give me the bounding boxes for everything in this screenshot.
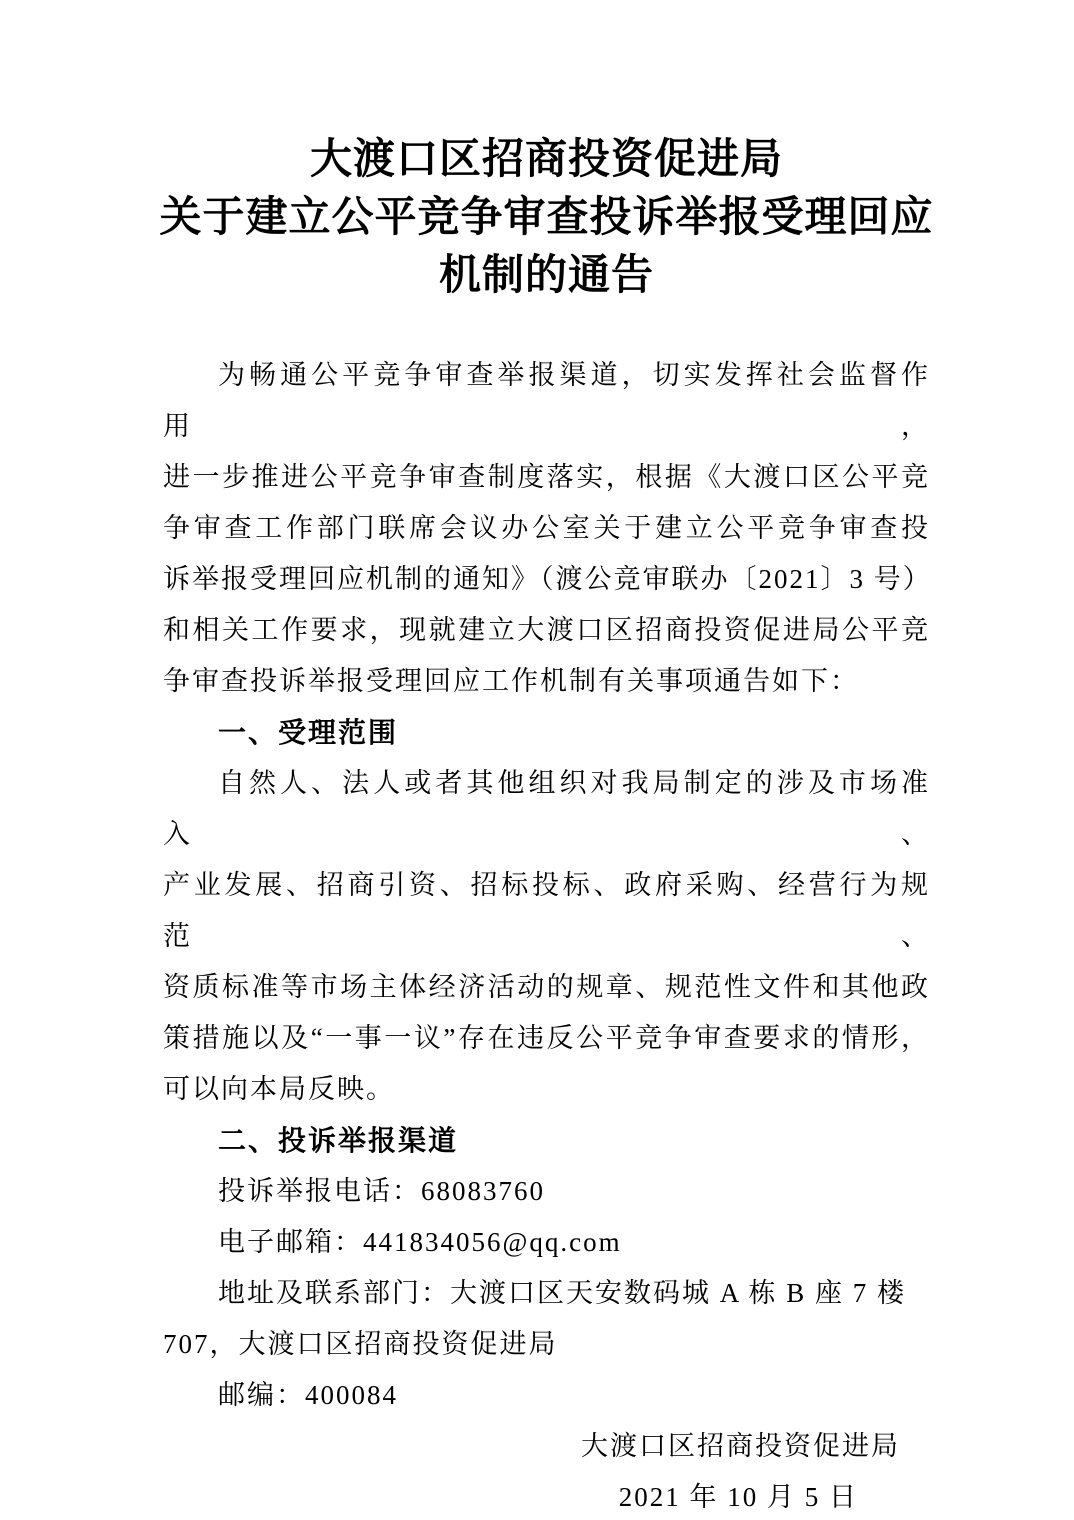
paragraph2-line-5: 可以向本局反映。 <box>163 1064 930 1115</box>
paragraph1-line-5: 和相关工作要求，现就建立大渡口区招商投资促进局公平竞 <box>163 605 930 656</box>
section1-heading: 一、受理范围 <box>163 707 930 758</box>
paragraph1-line-3: 争审查工作部门联席会议办公室关于建立公平竞争审查投 <box>163 503 930 554</box>
contact-address-line-2: 707，大渡口区招商投资促进局 <box>163 1319 930 1370</box>
title-line-1: 大渡口区招商投资促进局 <box>153 131 940 189</box>
paragraph1-line-6: 争审查投诉举报受理回应工作机制有关事项通告如下： <box>163 656 930 707</box>
contact-postcode-line: 邮编：400084 <box>163 1370 930 1421</box>
paragraph1-line-2: 进一步推进公平竞争审查制度落实，根据《大渡口区公平竞 <box>163 452 930 503</box>
document-page: 大渡口区招商投资促进局 关于建立公平竞争审查投诉举报受理回应 机制的通告 为畅通… <box>0 0 1074 1520</box>
contact-phone-line: 投诉举报电话：68083760 <box>163 1166 930 1217</box>
paragraph2-line-3: 资质标准等市场主体经济活动的规章、规范性文件和其他政 <box>163 962 930 1013</box>
paragraph2-line-2: 产业发展、招商引资、招标投标、政府采购、经营行为规范、 <box>163 860 930 962</box>
contact-email-line: 电子邮箱：441834056@qq.com <box>163 1217 930 1268</box>
paragraph2-line-1: 自然人、法人或者其他组织对我局制定的涉及市场准入、 <box>163 758 930 860</box>
document-body: 为畅通公平竞争审查举报渠道，切实发挥社会监督作用， 进一步推进公平竞争审查制度落… <box>163 350 930 1520</box>
paragraph1-line-1: 为畅通公平竞争审查举报渠道，切实发挥社会监督作用， <box>163 350 930 452</box>
section2-heading: 二、投诉举报渠道 <box>163 1115 930 1166</box>
document-title: 大渡口区招商投资促进局 关于建立公平竞争审查投诉举报受理回应 机制的通告 <box>153 131 940 305</box>
title-line-2: 关于建立公平竞争审查投诉举报受理回应 <box>153 189 940 247</box>
title-line-3: 机制的通告 <box>153 247 940 305</box>
issue-date: 2021 年 10 月 5 日 <box>163 1472 930 1520</box>
contact-address-line-1: 地址及联系部门：大渡口区天安数码城 A 栋 B 座 7 楼 <box>163 1268 930 1319</box>
signature: 大渡口区招商投资促进局 <box>163 1421 930 1472</box>
paragraph1-line-4: 诉举报受理回应机制的通知》（渡公竞审联办〔2021〕3 号） <box>163 554 930 605</box>
paragraph2-line-4: 策措施以及“一事一议”存在违反公平竞争审查要求的情形， <box>163 1013 930 1064</box>
